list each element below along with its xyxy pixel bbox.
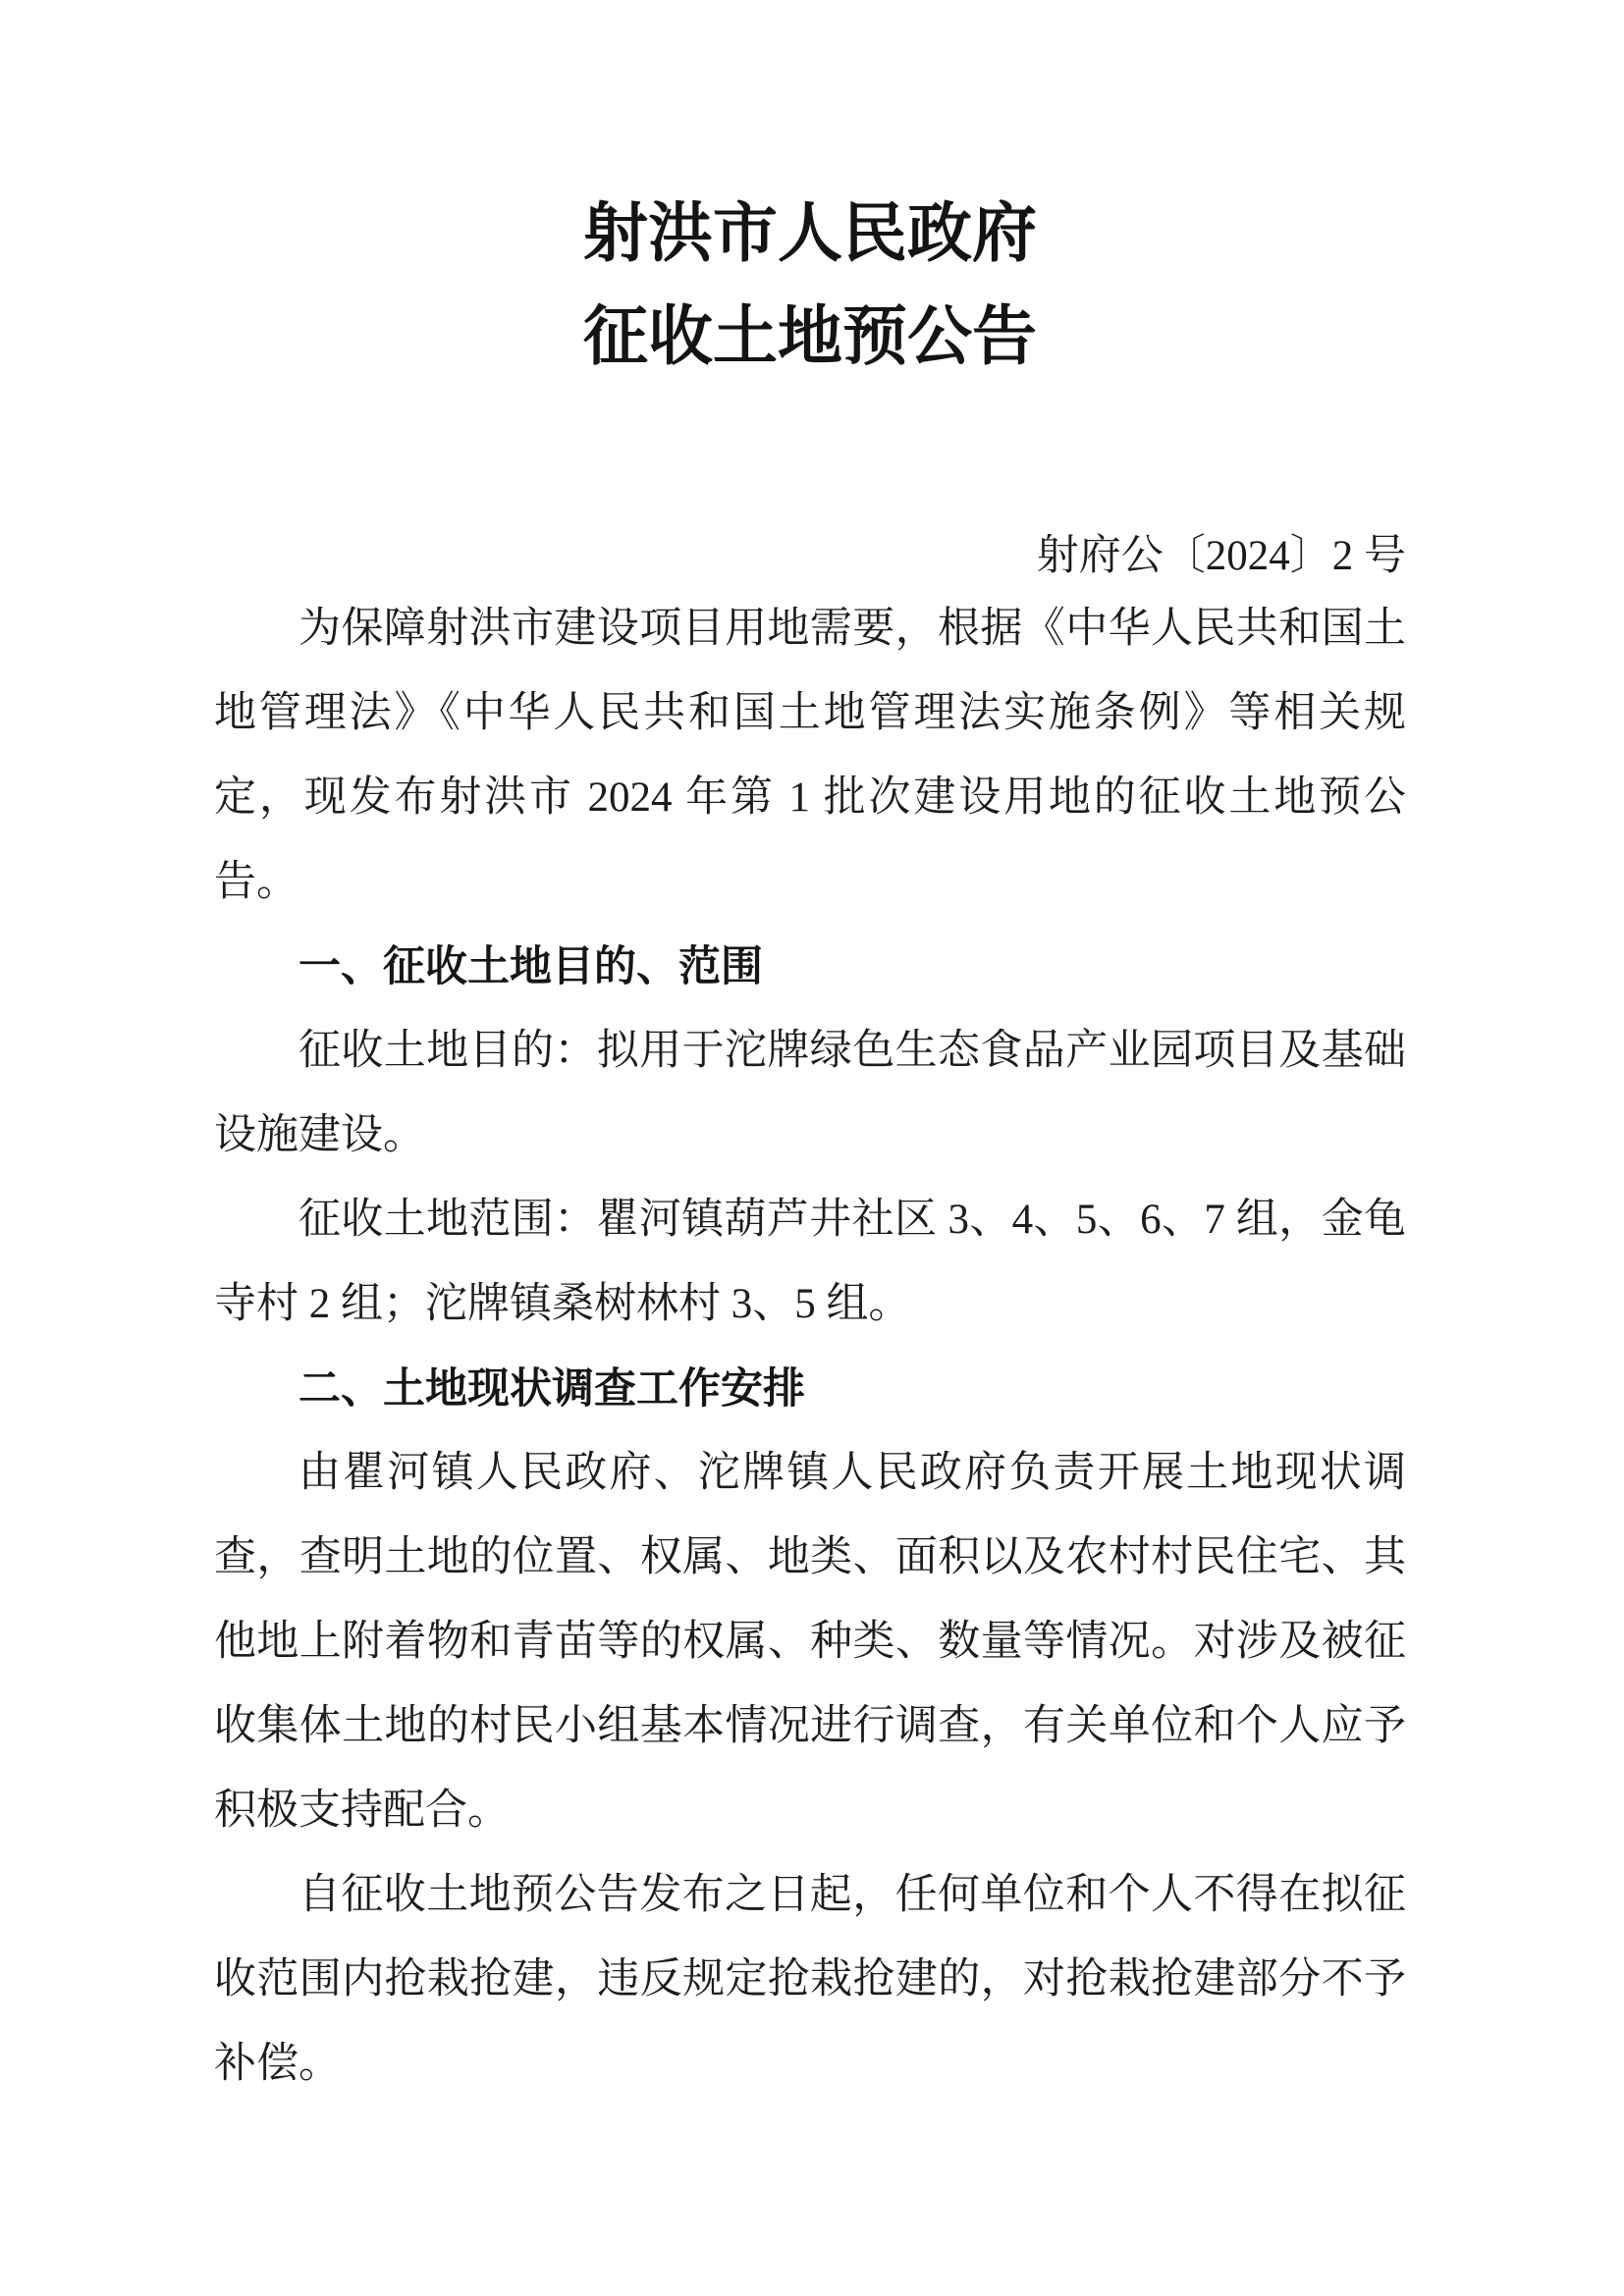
document-reference-number: 射府公〔2024〕2 号 [214, 526, 1406, 587]
paragraph-survey: 由瞿河镇人民政府、沱牌镇人民政府负责开展土地现状调查，查明土地的位置、权属、地类… [214, 1431, 1406, 1853]
section-heading-1: 一、征收土地目的、范围 [214, 925, 1406, 1009]
document-title: 射洪市人民政府 征收土地预公告 [214, 183, 1406, 389]
document-page: 射洪市人民政府 征收土地预公告 射府公〔2024〕2 号 为保障射洪市建设项目用… [0, 0, 1624, 2296]
document-body: 为保障射洪市建设项目用地需要，根据《中华人民共和国土地管理法》《中华人民共和国土… [214, 587, 1406, 2107]
document-content: 射洪市人民政府 征收土地预公告 射府公〔2024〕2 号 为保障射洪市建设项目用… [214, 0, 1406, 2107]
paragraph-intro: 为保障射洪市建设项目用地需要，根据《中华人民共和国土地管理法》《中华人民共和国土… [214, 587, 1406, 925]
paragraph-purpose: 征收土地目的：拟用于沱牌绿色生态食品产业园项目及基础设施建设。 [214, 1009, 1406, 1178]
document-title-line-1: 射洪市人民政府 [214, 183, 1406, 286]
section-heading-2: 二、土地现状调查工作安排 [214, 1347, 1406, 1431]
document-title-line-2: 征收土地预公告 [214, 286, 1406, 389]
paragraph-prohibition: 自征收土地预公告发布之日起，任何单位和个人不得在拟征收范围内抢栽抢建，违反规定抢… [214, 1853, 1406, 2107]
paragraph-scope: 征收土地范围：瞿河镇葫芦井社区 3、4、5、6、7 组，金龟寺村 2 组；沱牌镇… [214, 1178, 1406, 1347]
